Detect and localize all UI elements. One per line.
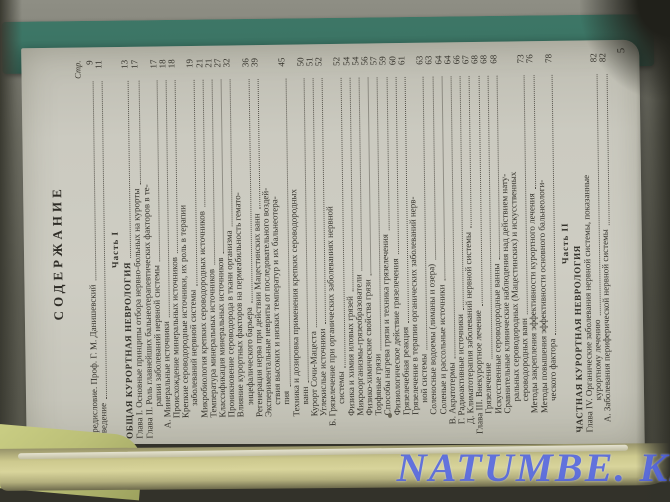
toc-entry-page: 17: [149, 59, 158, 77]
toc-entry-page: 18: [167, 59, 176, 77]
dot-leader: [100, 81, 107, 399]
toc-entry-page: 21: [204, 59, 213, 77]
toc-entry-page: 13: [120, 60, 129, 78]
toc-entry-text: пия: [282, 391, 291, 405]
toc-entry-page: 50: [296, 57, 305, 75]
toc-entry-page: 73: [517, 54, 526, 72]
toc-entry-page: 21: [195, 59, 204, 77]
toc-entry-page: 36: [241, 58, 250, 76]
toc-entry-page: 68: [489, 55, 498, 73]
toc-entry-page: 76: [526, 54, 535, 72]
toc-entry-text: ческого фактора: [548, 339, 558, 401]
toc-entry-page: 59: [379, 56, 388, 74]
toc-entry-page: 45: [278, 58, 287, 76]
toc-entry-text: Часть I: [111, 231, 121, 268]
toc-entry-page: 9: [85, 60, 94, 78]
book-photo: СОДЕРЖАНИЕ Стр. Предисловие. Проф. Г. М.…: [0, 0, 670, 502]
toc-entry-page: 54: [351, 57, 360, 75]
toc-entry-page: 51: [305, 57, 314, 75]
toc-entry-page: 52: [314, 57, 323, 75]
toc-entry-page: 78: [544, 54, 553, 72]
toc-entry-page: 68: [471, 55, 480, 73]
toc-entry-page: 63: [415, 56, 424, 74]
toc-entry-text: Физико-химические свойства грязи: [363, 279, 374, 415]
watermark: NATUMBE. KZ: [397, 444, 670, 491]
toc-entry-page: 63: [425, 56, 434, 74]
toc-entry-page: 60: [388, 56, 397, 74]
toc-entry-page: 32: [223, 58, 232, 76]
toc-entry-page: 39: [250, 58, 259, 76]
toc-entry-page: 17: [131, 60, 140, 78]
toc-entry-text: ванн: [301, 387, 310, 405]
toc-entry-page: 52: [333, 57, 342, 75]
dot-leader: [550, 75, 557, 335]
page-content-wrapper: СОДЕРЖАНИЕ Стр. Предисловие. Проф. Г. М.…: [27, 44, 637, 456]
toc-entry-page: 67: [461, 55, 470, 73]
toc-entry-page: 68: [480, 55, 489, 73]
photo-speck: [388, 413, 392, 418]
corner-shadow: [580, 0, 670, 100]
toc-entry-page: 11: [94, 60, 103, 78]
toc-entry-page: 27: [213, 59, 222, 77]
toc-entry-text: Часть II: [560, 222, 570, 264]
toc-entry-page: 54: [342, 57, 351, 75]
book-page: СОДЕРЖАНИЕ Стр. Предисловие. Проф. Г. М.…: [21, 40, 645, 463]
toc-entry-page: 66: [452, 55, 461, 73]
toc-entry-page: 57: [370, 56, 379, 74]
toc-entry-page: 56: [360, 56, 369, 74]
toc-entry-text: Соленые и рассольные источники: [437, 285, 448, 415]
toc-entry-list: Предисловие. Проф. Г. М. Данишевский9Вве…: [85, 44, 613, 453]
toc-entry-text: А. Заболевания периферической нервной си…: [601, 229, 613, 422]
toc-entry-page: 61: [397, 56, 406, 74]
table-of-contents: СОДЕРЖАНИЕ Стр. Предисловие. Проф. Г. М.…: [27, 44, 633, 454]
toc-entry-page: 64: [434, 55, 443, 73]
toc-entry-page: 64: [443, 55, 452, 73]
page-title: СОДЕРЖАНИЕ: [47, 52, 69, 454]
toc-entry-page: 19: [186, 59, 195, 77]
toc-entry-page: 18: [158, 59, 167, 77]
toc-entry-text: системы: [337, 371, 347, 404]
